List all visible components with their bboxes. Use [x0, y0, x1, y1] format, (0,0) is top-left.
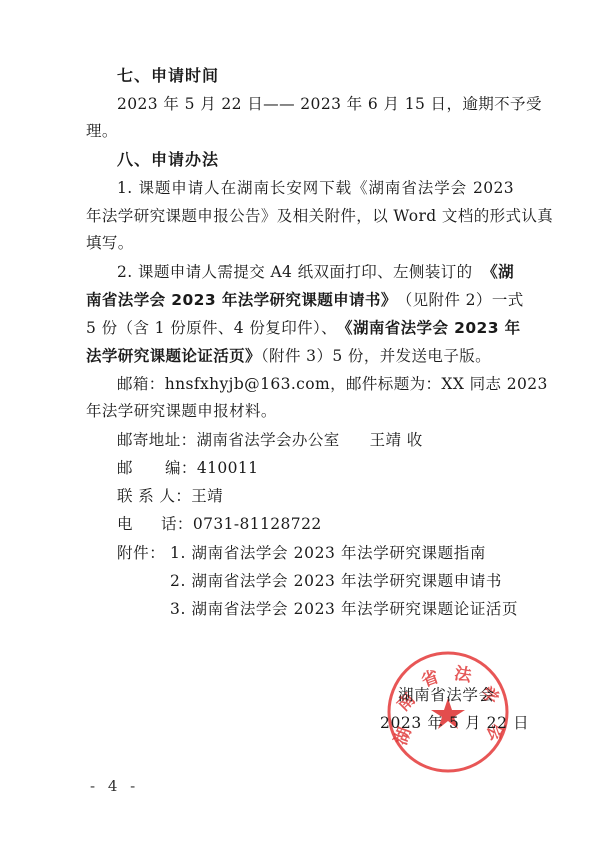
address-recipient: 王靖 收	[370, 431, 423, 449]
application-form-title-cont: 南省法学会 2023 年法学研究课题申请书》	[86, 290, 397, 310]
address-label: 邮寄地址：	[117, 431, 197, 449]
method-item-2-text-3: 5 份（含 1 份原件、4 份复印件）、	[86, 318, 337, 338]
contact-phone: 电话：0731-81128722	[117, 514, 545, 534]
attachment-item-1: 1. 湖南省法学会 2023 年法学研究课题指南	[170, 543, 486, 563]
phone-label-b: 话：	[161, 515, 193, 533]
section-heading-application-time: 七、申请时间	[117, 66, 545, 86]
phone-label-a: 电	[117, 514, 161, 534]
method-item-2-line2: 南省法学会 2023 年法学研究课题申请书》 （见附件 2）一式	[86, 290, 514, 310]
method-item-2: 2. 课题申请人需提交 A4 纸双面打印、左侧装订的 《湖	[117, 262, 514, 282]
paragraph-application-time-cont: 理。	[86, 121, 514, 141]
contact-address: 邮寄地址：湖南省法学会办公室王靖 收	[117, 430, 545, 450]
email-paragraph: 邮箱：hnsfxhyjb@163.com，邮件标题为：XX 同志 2023	[117, 374, 514, 394]
argument-page-title: 《湖南省法学会 2023 年	[337, 318, 521, 338]
method-item-2-text-2: （见附件 2）一式	[397, 290, 524, 310]
attachments-label: 附件：	[117, 543, 165, 563]
paragraph-application-time: 2023 年 5 月 22 日—— 2023 年 6 月 15 日，逾期不予受	[117, 94, 514, 114]
official-seal-stamp: 湖 南 省 法 学 会	[386, 650, 510, 774]
method-item-2-text: 2. 课题申请人需提交 A4 纸双面打印、左侧装订的	[117, 262, 473, 282]
postcode-label-a: 邮	[117, 458, 165, 478]
attachment-item-3: 3. 湖南省法学会 2023 年法学研究课题论证活页	[170, 599, 518, 619]
contact-postcode: 邮编：410011	[117, 458, 545, 478]
seal-char-4: 法	[453, 663, 474, 687]
attachment-item-2: 2. 湖南省法学会 2023 年法学研究课题申请书	[170, 571, 502, 591]
contact-person: 联 系 人：王靖	[117, 486, 545, 506]
method-item-2-text-4: （附件 3）5 份，并发送电子版。	[261, 347, 491, 365]
postcode-value: 410011	[197, 459, 259, 477]
section-heading-application-method: 八、申请办法	[117, 150, 545, 170]
application-form-title: 《湖	[482, 262, 514, 282]
signature-organization: 湖南省法学会	[398, 685, 495, 705]
phone-value: 0731-81128722	[193, 515, 322, 533]
page-number: - 4 -	[90, 777, 139, 795]
method-item-2-line3: 5 份（含 1 份原件、4 份复印件）、 《湖南省法学会 2023 年	[86, 318, 514, 338]
method-item-1-cont: 年法学研究课题申报公告》及相关附件，以 Word 文档的形式认真	[86, 206, 514, 226]
email-paragraph-cont: 年法学研究课题申报材料。	[86, 401, 514, 421]
address-value: 湖南省法学会办公室	[197, 431, 340, 449]
method-item-1: 1. 课题申请人在湖南长安网下载《湖南省法学会 2023	[117, 178, 514, 198]
method-item-1-end: 填写。	[86, 233, 514, 253]
postcode-label-b: 编：	[165, 459, 197, 477]
method-item-2-line4: 法学研究课题论证活页》（附件 3）5 份，并发送电子版。	[86, 346, 514, 366]
person-value: 王靖	[191, 487, 223, 505]
signature-date: 2023 年 5 月 22 日	[380, 713, 529, 733]
argument-page-title-cont: 法学研究课题论证活页》	[86, 347, 261, 365]
person-label: 联 系 人：	[117, 487, 191, 505]
